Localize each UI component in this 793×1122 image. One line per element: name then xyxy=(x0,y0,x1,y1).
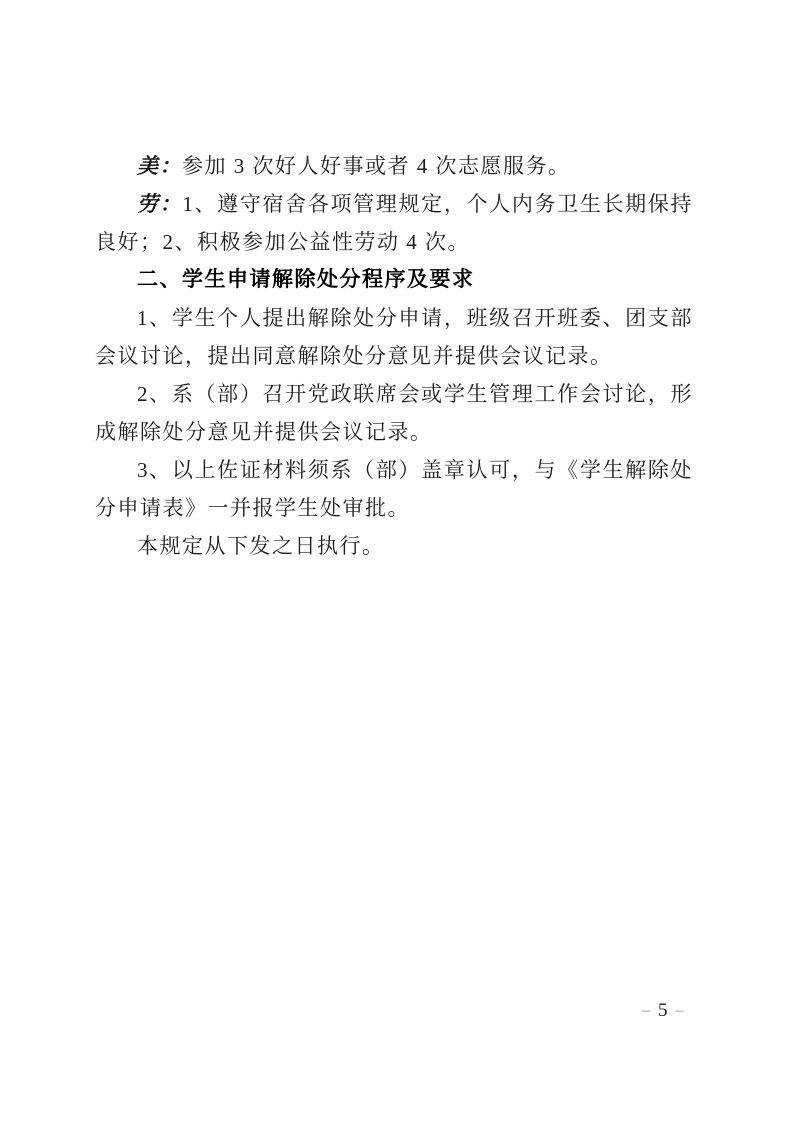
paragraph-text-lao: 1、遵守宿舍各项管理规定，个人内务卫生长期保持良好；2、积极参加公益性劳动 4 … xyxy=(95,192,693,254)
paragraph-text-mei: 参加 3 次好人好事或者 4 次志愿服务。 xyxy=(182,154,571,178)
document-body: 美：参加 3 次好人好事或者 4 次志愿服务。 劳：1、遵守宿舍各项管理规定，个… xyxy=(95,147,693,565)
paragraph-item-3: 3、以上佐证材料须系（部）盖章认可，与《学生解除处分申请表》一并报学生处审批。 xyxy=(95,451,693,527)
paragraph-item-2: 2、系（部）召开党政联席会或学生管理工作会讨论，形成解除处分意见并提供会议记录。 xyxy=(95,375,693,451)
paragraph-label-lao: 劳： xyxy=(137,192,182,216)
paragraph-item-1: 1、学生个人提出解除处分申请，班级召开班委、团支部会议讨论，提出同意解除处分意见… xyxy=(95,299,693,375)
page-footer: – 5 – xyxy=(642,1000,684,1022)
page-number: 5 xyxy=(658,1000,668,1022)
paragraph-mei: 美：参加 3 次好人好事或者 4 次志愿服务。 xyxy=(95,147,693,185)
document-page: 美：参加 3 次好人好事或者 4 次志愿服务。 劳：1、遵守宿舍各项管理规定，个… xyxy=(0,0,793,1122)
paragraph-closing: 本规定从下发之日执行。 xyxy=(95,527,693,565)
paragraph-label-mei: 美： xyxy=(137,154,182,178)
paragraph-lao: 劳：1、遵守宿舍各项管理规定，个人内务卫生长期保持良好；2、积极参加公益性劳动 … xyxy=(95,185,693,261)
footer-dash-left: – xyxy=(642,1000,650,1022)
footer-dash-right: – xyxy=(676,1000,684,1022)
section-heading: 二、学生申请解除处分程序及要求 xyxy=(95,261,693,299)
